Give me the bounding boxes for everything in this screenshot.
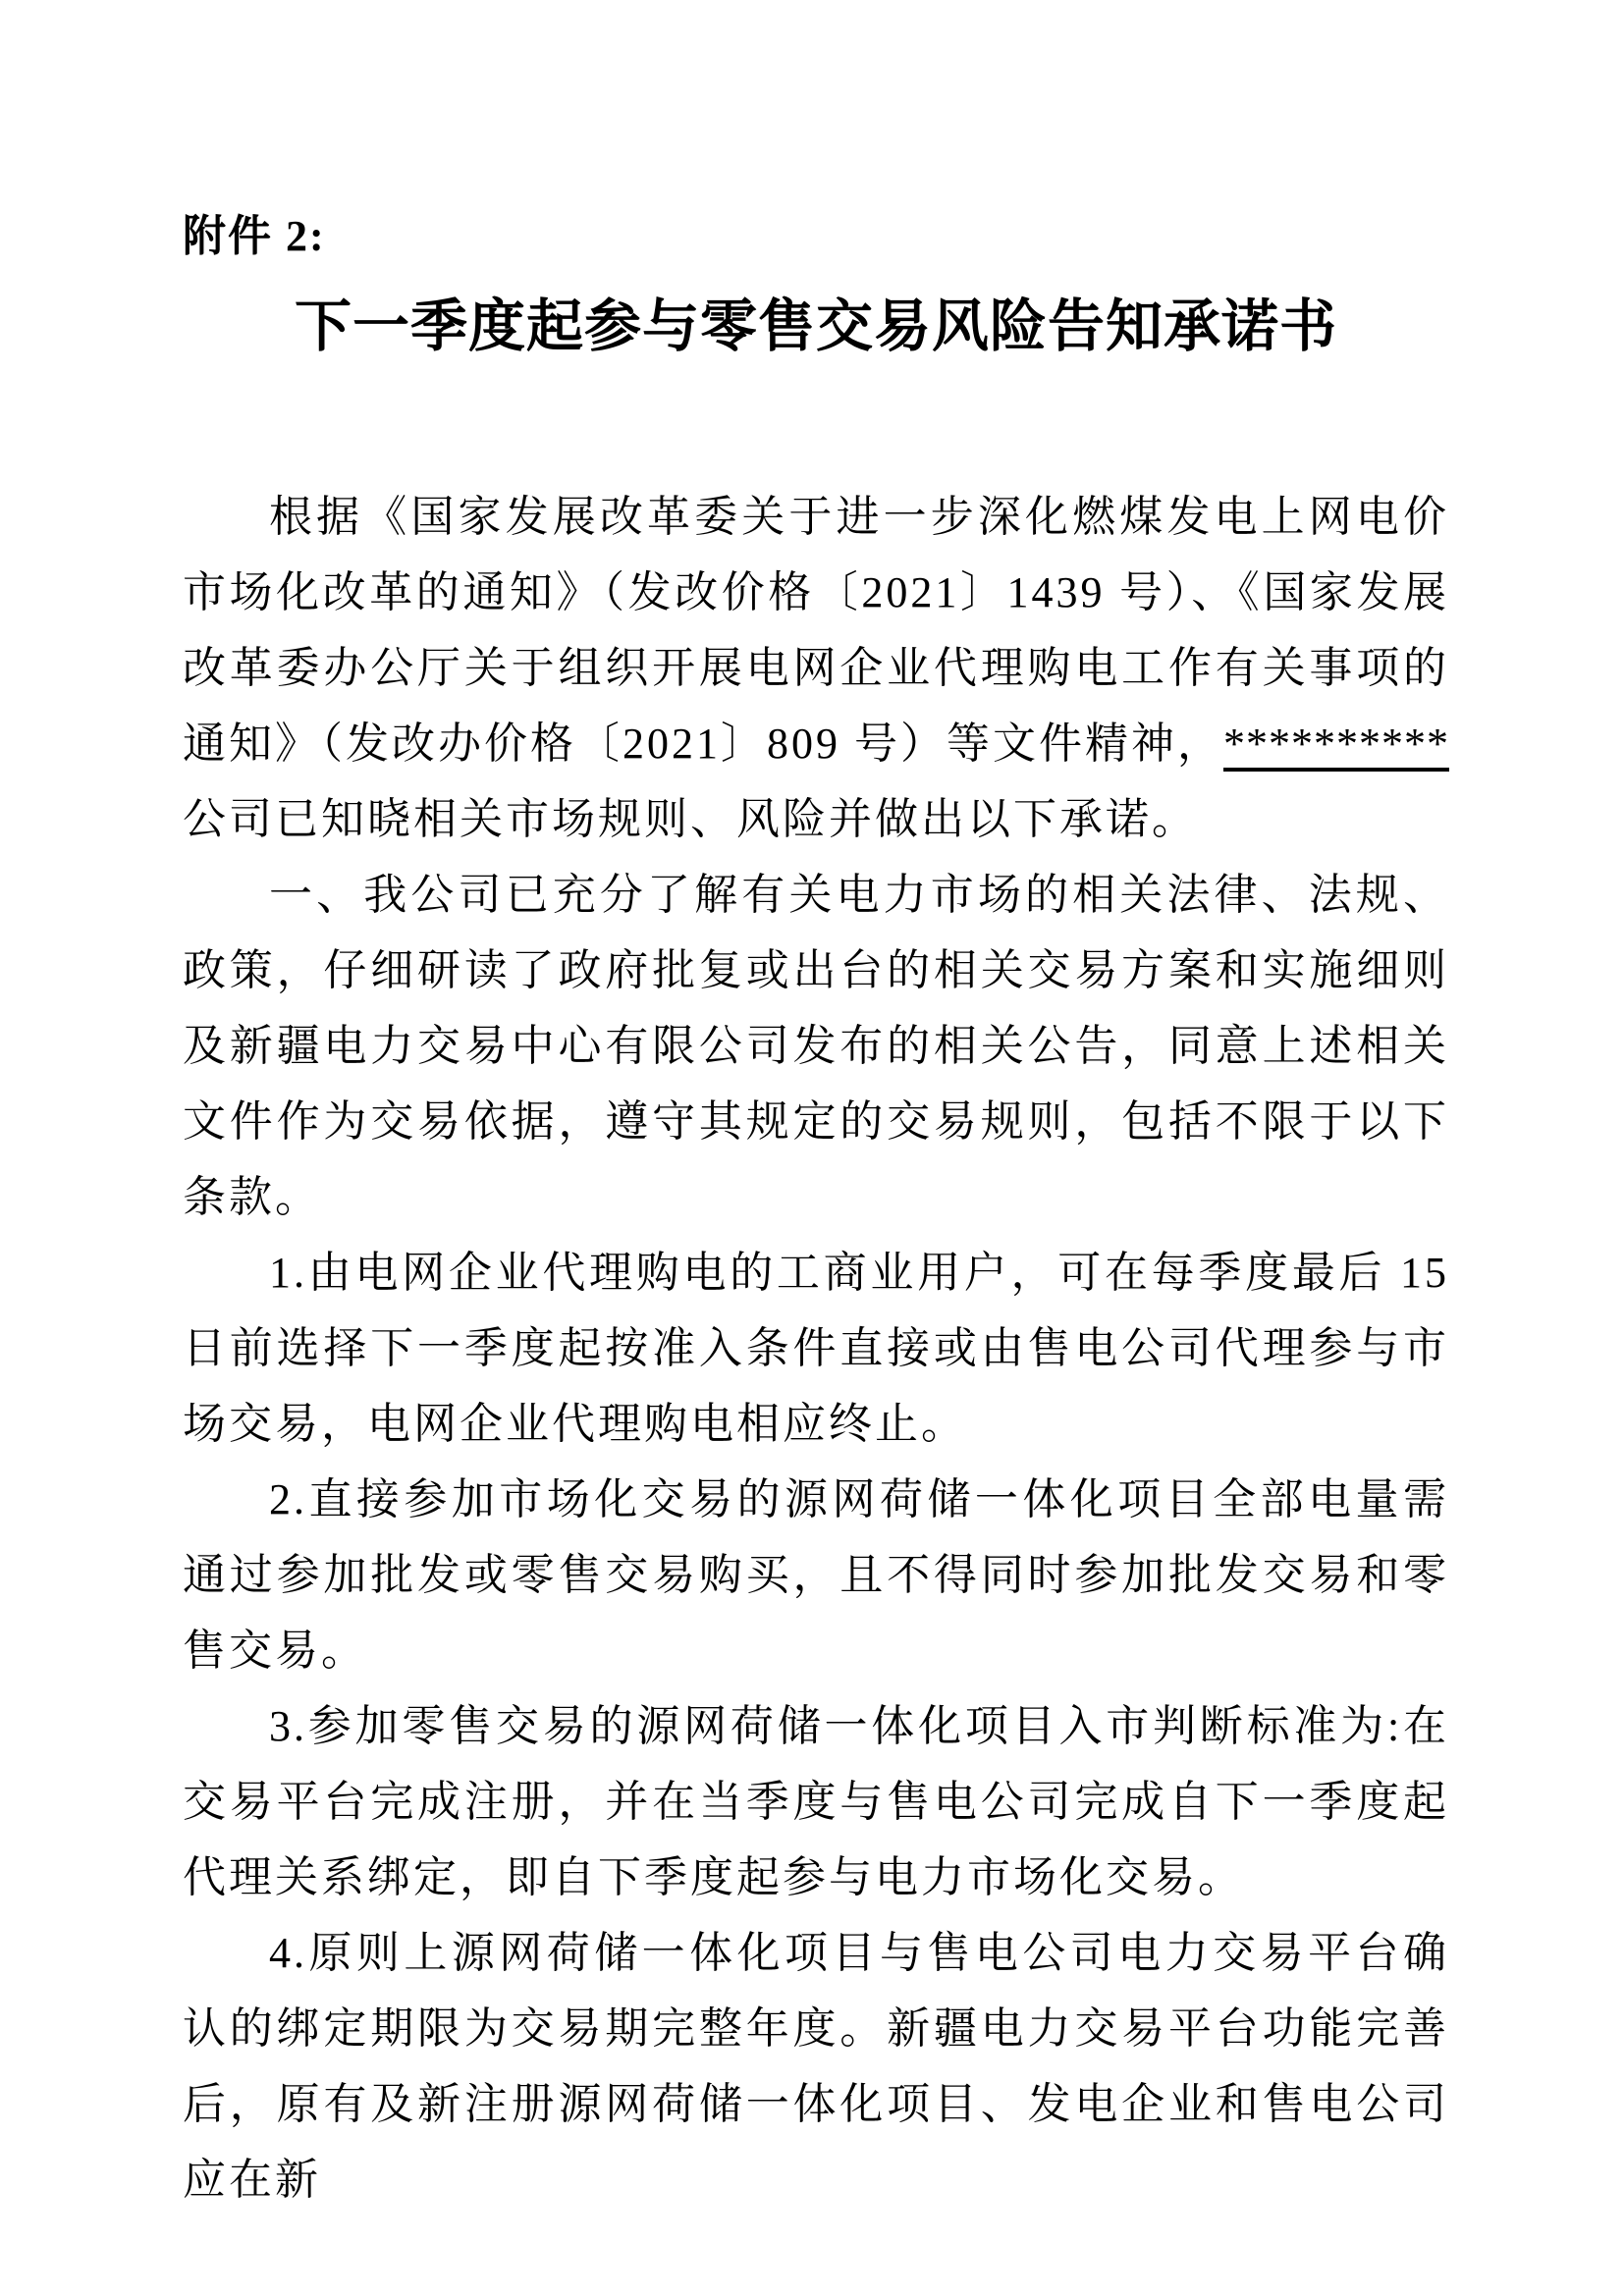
document-page: 附件 2: 下一季度起参与零售交易风险告知承诺书 根据《国家发展改革委关于进一步… [0,0,1624,2296]
document-title: 下一季度起参与零售交易风险告知承诺书 [183,289,1449,365]
attachment-label: 附件 2: [183,212,1449,261]
paragraph-clause-1: 1.由电网企业代理购电的工商业用户，可在每季度最后 15 日前选择下一季度起按准… [183,1235,1449,1462]
paragraph-clause-main: 一、我公司已充分了解有关电力市场的相关法律、法规、政策，仔细研读了政府批复或出台… [183,857,1449,1235]
company-name-blank: ********** [1223,720,1449,772]
paragraph-intro: 根据《国家发展改革委关于进一步深化燃煤发电上网电价市场化改革的通知》（发改价格〔… [183,479,1449,857]
paragraph-clause-3: 3.参加零售交易的源网荷储一体化项目入市判断标准为:在交易平台完成注册，并在当季… [183,1688,1449,1915]
document-body: 根据《国家发展改革委关于进一步深化燃煤发电上网电价市场化改革的通知》（发改价格〔… [183,479,1449,2217]
intro-text-after-blank: 公司已知晓相关市场规则、风险并做出以下承诺。 [183,795,1198,843]
paragraph-clause-4: 4.原则上源网荷储一体化项目与售电公司电力交易平台确认的绑定期限为交易期完整年度… [183,1915,1449,2217]
paragraph-clause-2: 2.直接参加市场化交易的源网荷储一体化项目全部电量需通过参加批发或零售交易购买，… [183,1462,1449,1688]
